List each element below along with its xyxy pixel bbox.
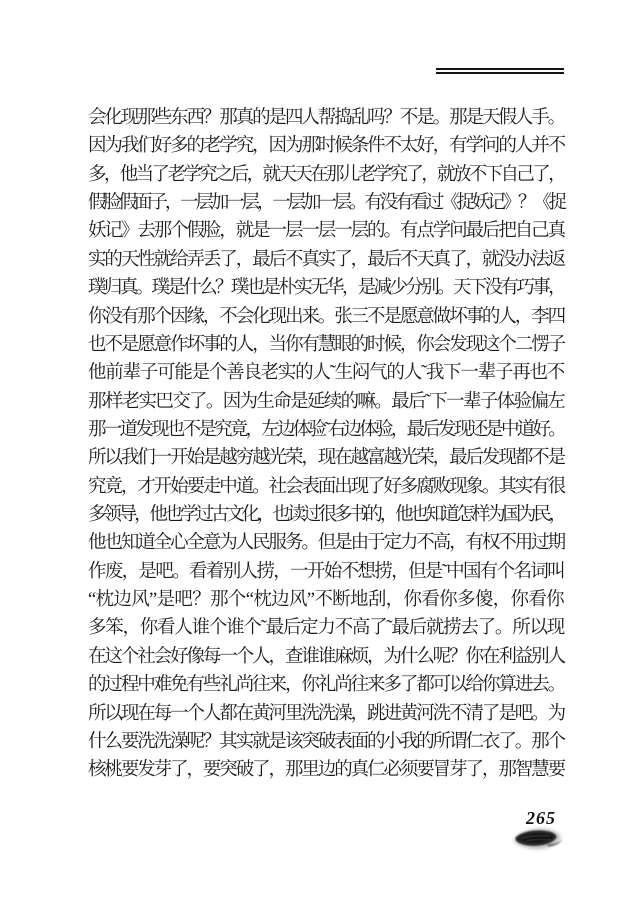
text-line: 的过程中难免有些礼尚往来，你礼尚往来多了都可以给你算进去。	[88, 671, 564, 699]
ink-brush-stroke	[511, 825, 565, 853]
text-line: 作废，是吧。看着别人捞，一开始不想捞，但是˜中国有个名词叫	[88, 558, 564, 586]
text-line: “枕边风”是吧？那个“枕边风”不断地刮，你看你多傻，你看你	[88, 586, 564, 614]
text-line: 什么要洗洗澡呢？其实就是该突破表面的小我的所谓仁衣了。那个	[88, 728, 564, 756]
text-line: 核桃要发芽了，要突破了，那里边的真仁必须要冒芽了，那智慧要	[88, 756, 564, 784]
text-line: 所以我们一开始是越穷越光荣，现在越富越光荣，最后发现都不是	[88, 444, 564, 472]
text-line: 璞归真。璞是什么？璞也是朴实无华，是减少分别。天下没有巧事，	[88, 274, 564, 302]
body-text: 会化现那些东西？那真的是四人帮捣乱吗？不是。那是天假人手。因为我们好多的老学究，…	[88, 104, 564, 785]
text-line: 你没有那个因缘，不会化现出来。张三不是愿意做坏事的人，李四	[88, 303, 564, 331]
text-line: 也不是愿意作坏事的人，当你有慧眼的时候，你会发现这个二愣子	[88, 331, 564, 359]
text-line: 在这个社会好像每一个人，查谁谁麻烦，为什么呢？你在利益别人	[88, 643, 564, 671]
text-line: 多，他当了老学究之后，就天天在那儿老学究了，就放不下自己了，	[88, 161, 564, 189]
text-line: 因为我们好多的老学究，因为那时候条件不太好，有学问的人并不	[88, 132, 564, 160]
text-line: 妖记》去那个假脸，就是一层一层一层的。有点学问最后把自己真	[88, 217, 564, 245]
text-line: 多笨，你看人谁个谁个˜最后定力不高了˜最后就捞去了。所以现	[88, 614, 564, 642]
text-line: 那一道发现也不是究竟，左边体验˜右边体验，最后发现还是中道好。	[88, 416, 564, 444]
text-line: 多领导，他也学过古文化，也读过很多书的，他也知道怎样为国为民，	[88, 501, 564, 529]
text-line: 假脸假面子，一层加一层，一层加一层。有没有看过《捉妖记》？《捉	[88, 189, 564, 217]
text-line: 所以现在每一个人都在黄河里洗洗澡，跳进黄河洗不清了是吧。为	[88, 700, 564, 728]
header-double-rule	[436, 68, 564, 74]
book-page: 会化现那些东西？那真的是四人帮捣乱吗？不是。那是天假人手。因为我们好多的老学究，…	[0, 0, 643, 907]
text-line: 他前辈子可能是个善良老实的人˜生闷气的人˜我下一辈子再也不	[88, 359, 564, 387]
text-line: 会化现那些东西？那真的是四人帮捣乱吗？不是。那是天假人手。	[88, 104, 564, 132]
text-line: 他也知道全心全意为人民服务。但是由于定力不高，有权不用过期	[88, 529, 564, 557]
text-line: 究竟，才开始要走中道。社会表面出现了好多腐败现象。其实有很	[88, 473, 564, 501]
text-line: 实的天性就给弄丢了，最后不真实了，最后不天真了，就没办法返	[88, 246, 564, 274]
text-line: 那样老实巴交了。因为生命是延续的嘛。最后˜下一辈子体验偏左	[88, 388, 564, 416]
